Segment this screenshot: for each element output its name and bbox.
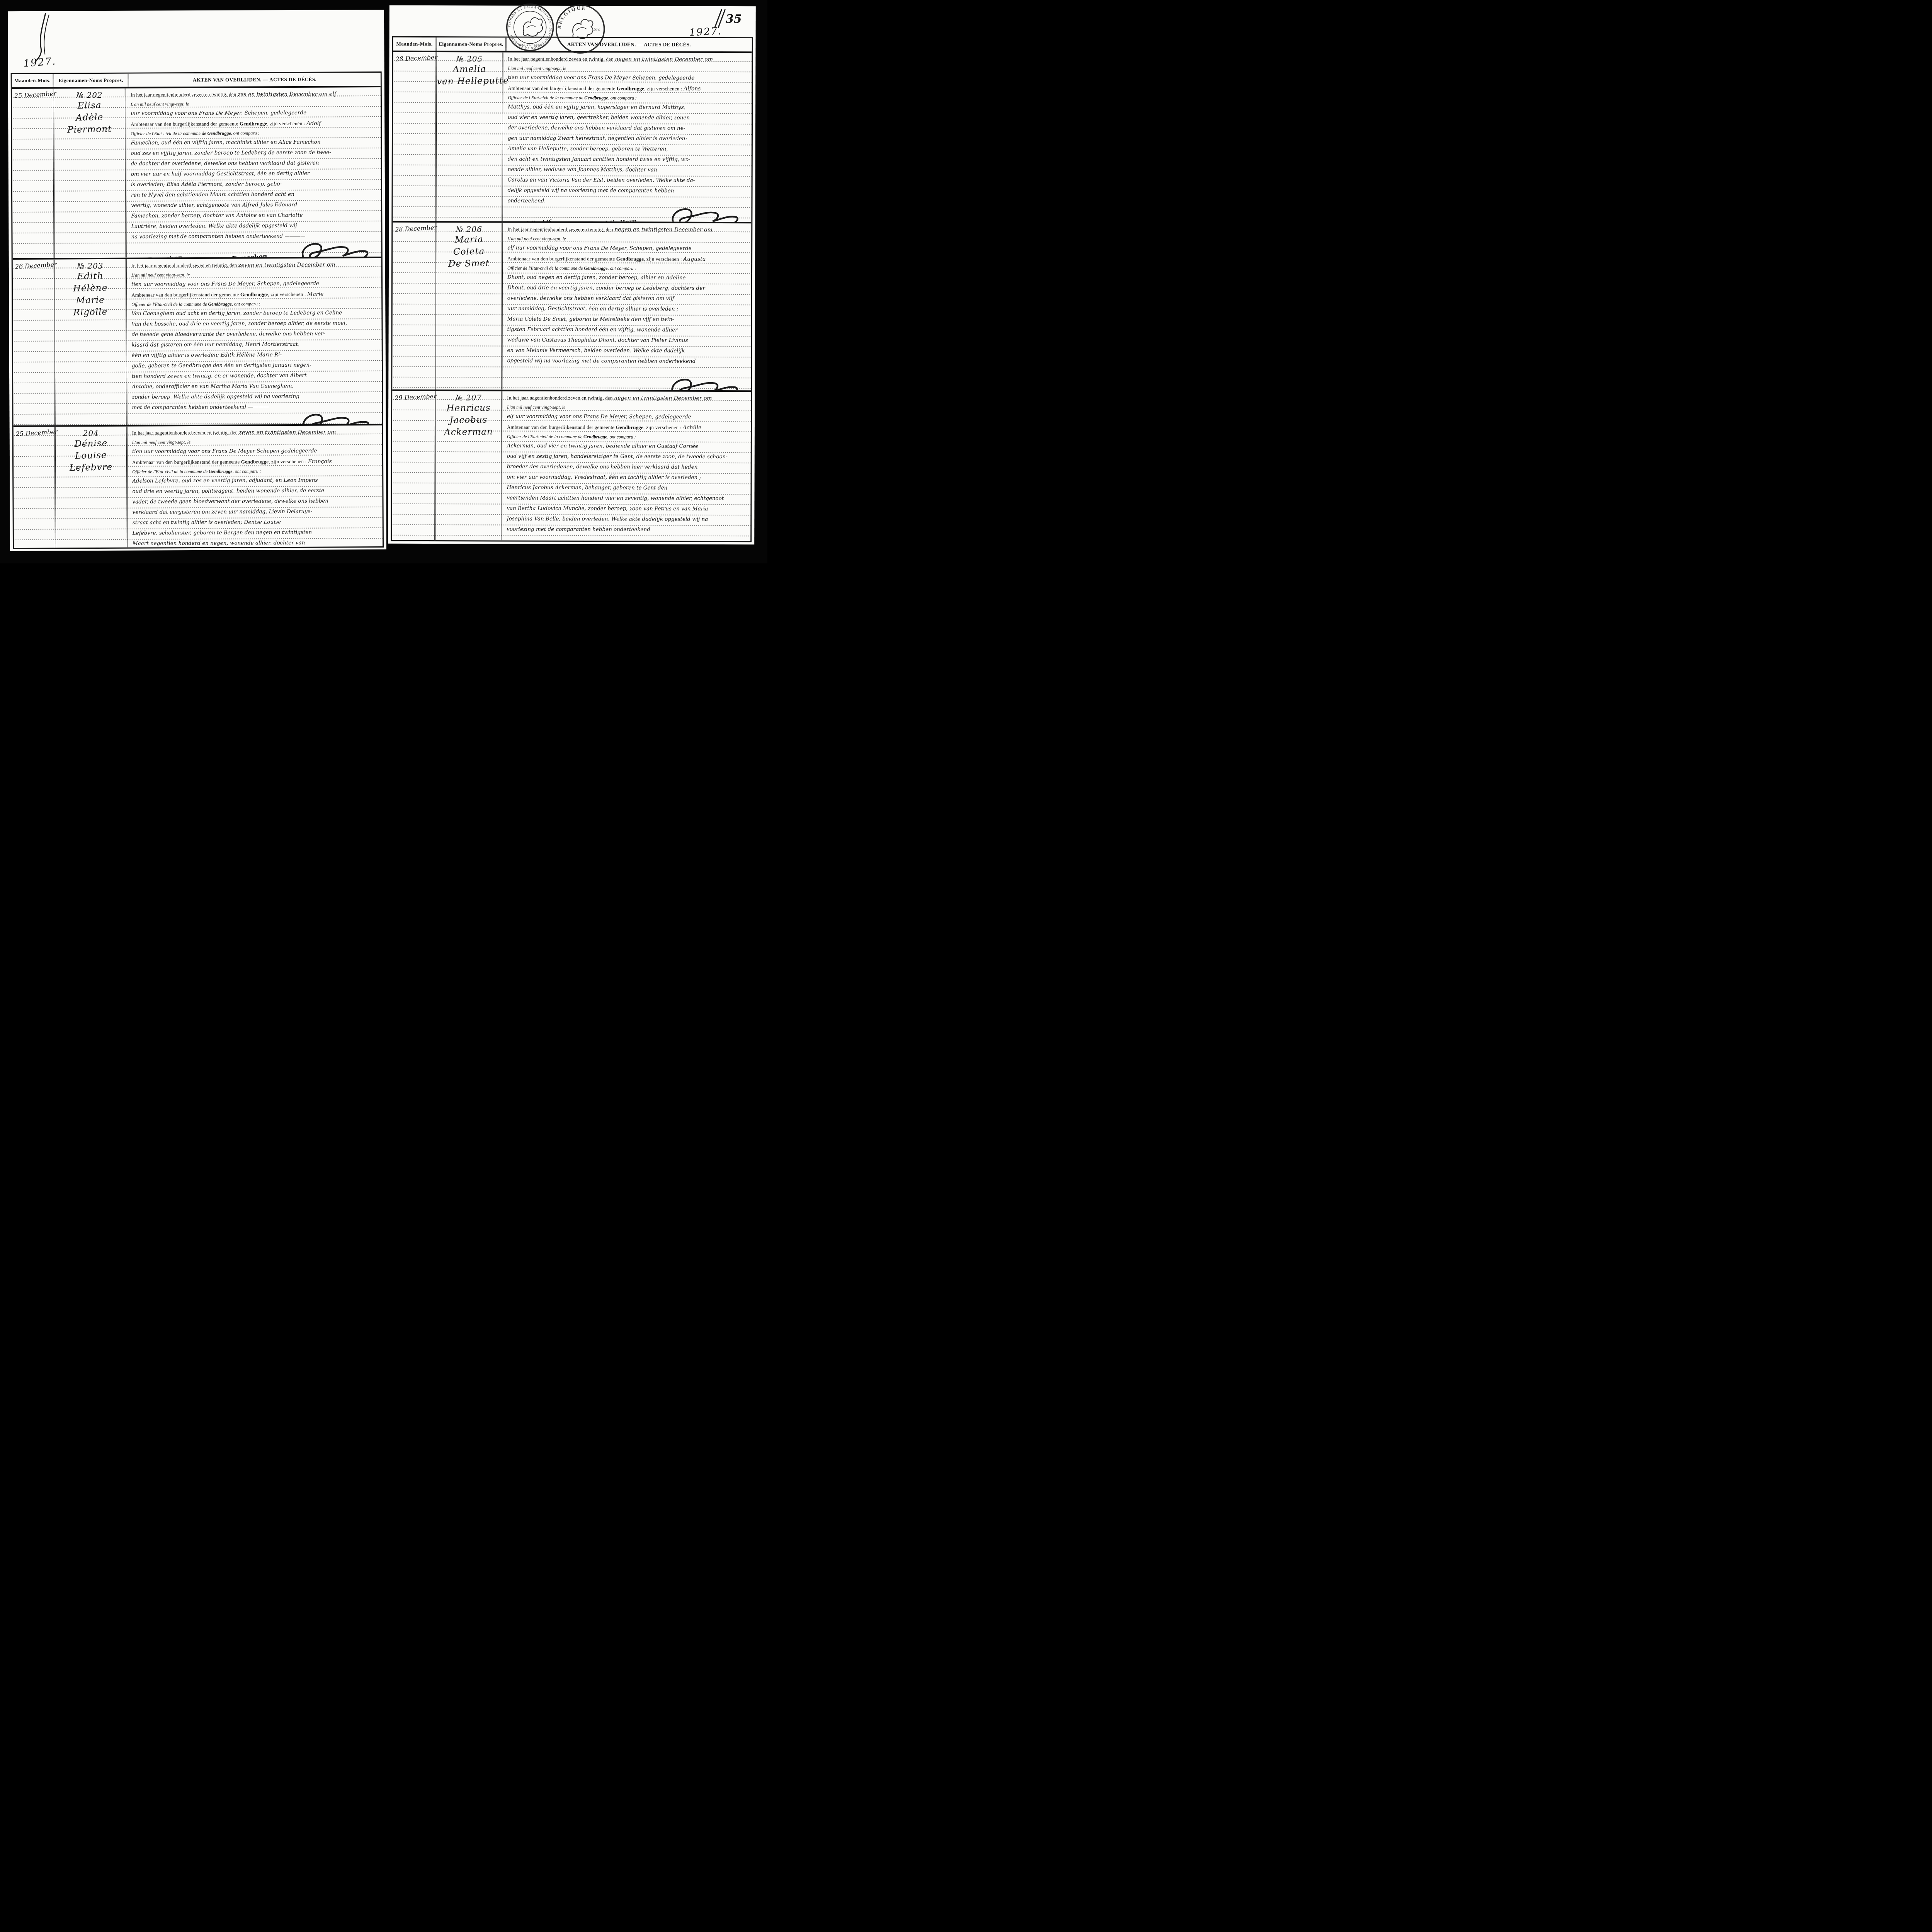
act-body-line: broeder des overledenen, dewelke ons heb… [507, 462, 748, 473]
act-body-line: Carolus en van Victoria Van der Elst, be… [508, 175, 748, 186]
hand-intro-date: zeven en twintigsten December om [239, 429, 336, 435]
act-body-line: oud zes en vijftig jaren, zonder beroep … [131, 147, 378, 159]
act-body-line: de tweede gene bloedverwante der overled… [132, 328, 379, 340]
act-body-line [507, 535, 747, 541]
act-body-line: oud vier en veertig jaren, geertrekker, … [508, 112, 748, 124]
act-body-line: Adelson Lefebvre, oud zes en veertig jar… [132, 475, 379, 486]
act-body-line: tien honderd zeven en twintig, en er won… [132, 370, 379, 382]
hand-line: tien uur voormiddag voor ons Frans De Me… [132, 446, 379, 457]
act-body-line: golle, geboren te Gendbrugge den één en … [132, 360, 379, 371]
act-body-line: Famechon, zonder beroep, dochter van Ant… [131, 210, 378, 221]
month-cell: 29 December [392, 391, 436, 540]
column-header-names: Eigennamen-Noms Propres. [437, 37, 507, 51]
act-body-line: klaard dat gisteren om één uur namiddag,… [132, 339, 379, 350]
deceased-name-line: van Helleputte [437, 75, 502, 88]
deceased-name-line: Elisa [54, 99, 125, 112]
deceased-name-line: Edith [55, 270, 126, 283]
act-body-line: tigsten Februari achttien honderd één en… [507, 325, 748, 336]
deceased-name-line: Dénise [56, 437, 127, 451]
act-body-line: Lautrière, beiden overleden. Welke akte … [131, 220, 378, 232]
official-signature [296, 411, 375, 425]
entry-date: 29 December [395, 392, 434, 401]
hand-line: tien uur voormiddag voor ons Frans De Me… [131, 278, 378, 290]
entry-number: № 206 [436, 224, 502, 234]
act-body-line: Josephina Van Belle, beiden overleden. W… [507, 514, 747, 525]
hand-intro-date: negen en twintigsten December om [614, 395, 712, 401]
act-body-line: om vier uur en half voormiddag Gestichts… [131, 168, 378, 180]
act-body-line: Famechon, oud één en vijftig jaren, mach… [131, 137, 378, 148]
act-body-line: nende alhier, weduwe van Joannes Matthys… [508, 165, 748, 176]
entry-number: № 207 [436, 393, 501, 402]
act-body-line: en van Melanie Vermeersch, beiden overle… [507, 345, 748, 357]
deceased-name-line: Rigolle [55, 306, 126, 319]
entry-number: № 202 [54, 90, 125, 100]
official-signature [295, 240, 374, 258]
register-table: Maanden-Mois. Eigennamen-Noms Propres. A… [391, 36, 753, 542]
act-body-line: zonder beroep. Welke akte dadelijk opges… [132, 391, 379, 403]
deceased-name-line: Amelia [437, 63, 502, 76]
names-cell: № 205 Amelia van Helleputte [436, 52, 503, 221]
entry-date: 28 December [395, 224, 435, 233]
act-cell: In het jaar negentienhonderd zeven en tw… [127, 258, 382, 425]
commune-name: Gendbrugge [240, 121, 267, 126]
register-entry-203: 26 December № 203 Edith Hélène Marie Rig… [13, 257, 382, 425]
register-entry-202: 25 December № 202 Elisa Adèle Piermont I… [12, 87, 381, 258]
hand-comparant: Marie [307, 291, 323, 298]
act-body-line: overledene, dewelke ons hebben verklaard… [507, 293, 748, 304]
entry-number: № 203 [55, 261, 126, 271]
act-body-line: voorlezing met de comparanten hebben ond… [507, 524, 747, 536]
table-header-row: Maanden-Mois. Eigennamen-Noms Propres. A… [393, 37, 752, 53]
hand-comparant: Achille [683, 425, 702, 431]
act-body-line: veertig, wonende alhier, echtgenoote van… [131, 199, 378, 211]
act-body-line: de dochter der overledene, dewelke ons h… [131, 158, 378, 169]
stamp-value-text: 50 c [594, 27, 600, 32]
printed-official-nl: Ambtenaar van den burgerlijkenstand der … [131, 121, 240, 127]
column-header-acts: AKTEN VAN OVERLIJDEN. — ACTES DE DÉCÈS. [129, 73, 381, 87]
deceased-name-line: Maria [436, 233, 502, 247]
signature-block: Ad. Famechon Alice Famechon [131, 243, 378, 258]
signature-block: Matthijs Alf. Matthijs Bern. [507, 208, 748, 222]
month-cell: 25 December [14, 427, 56, 548]
official-signature [665, 206, 744, 222]
deceased-name-line: Hélène [55, 282, 126, 295]
entry-number: 204 [56, 429, 126, 438]
register-entry-206: 28 December № 206 Maria Coleta De Smet I… [392, 221, 751, 390]
hand-intro-date: zes en twintigsten December om elf [238, 91, 336, 97]
act-body-line: ren te Nyvel den achttienden Maart achtt… [131, 189, 378, 201]
deceased-name-line: Piermont [54, 123, 125, 136]
column-header-months: Maanden-Mois. [12, 74, 54, 87]
deceased-name-line: Louise [56, 449, 127, 463]
hand-comparant: François [308, 458, 332, 464]
pen-flourish-icon [28, 12, 55, 62]
deceased-name-line: Adèle [54, 111, 125, 124]
register-entry-204: 25 December 204 Dénise Louise Lefebvre I… [14, 424, 383, 548]
deceased-name-line: Lefebvre [56, 461, 127, 474]
hand-intro-date: zeven en twintigsten December om [238, 262, 335, 268]
entry-date: 25 December [15, 428, 54, 438]
hand-comparant: Alfons [684, 86, 701, 92]
act-body-line: Antoine, onderofficier en van Martha Mar… [132, 381, 379, 392]
act-body-line: één en vijftig alhier is overleden; Edit… [132, 349, 379, 361]
signature-block: Augusta Dhont Adeline D'Hont [507, 378, 748, 391]
scanned-register-spread: 1927. Maanden-Mois. Eigennamen-Noms Prop… [0, 0, 767, 563]
act-cell: In het jaar negentienhonderd zeven en tw… [128, 425, 383, 548]
register-entry-205: 28 December № 205 Amelia van Helleputte … [393, 52, 752, 222]
act-body-line: Henricus Jacobus Ackerman, behanger, geb… [507, 483, 748, 494]
official-signature [665, 376, 744, 391]
act-cell: In het jaar negentienhonderd zeven en tw… [503, 53, 752, 222]
deceased-name-line: Henricus [436, 402, 501, 415]
table-header-row: Maanden-Mois. Eigennamen-Noms Propres. A… [12, 73, 381, 89]
act-body-line: den acht en twintigsten Januari achttien… [508, 154, 748, 165]
page-number: 35 [726, 12, 742, 26]
act-body-line: Dhont, oud negen en dertig jaren, zonder… [507, 272, 748, 284]
act-body-line: Maria Coleta De Smet, geboren te Meirelb… [507, 314, 748, 325]
hand-line: tien uur voormiddag voor ons Frans De Me… [508, 73, 748, 84]
register-table: Maanden-Mois. Eigennamen-Noms Propres. A… [11, 71, 384, 549]
names-cell: № 203 Edith Hélène Marie Rigolle [55, 259, 128, 425]
act-body-line: oud vijf en zestig jaren, handelsreizige… [507, 451, 748, 463]
deceased-name-line: Jacobus [436, 414, 501, 427]
svg-text:BELGIQUE: BELGIQUE [556, 5, 587, 29]
month-cell: 25 December [12, 89, 55, 258]
deceased-name-line: Marie [55, 294, 126, 307]
month-cell: 28 December [392, 223, 436, 389]
act-body-line: delijk opgesteld wij na voorlezing met d… [508, 185, 748, 197]
hand-comparant: Augusta [683, 256, 706, 262]
act-body-line: verklaard dat eergisteren om zeven uur n… [133, 506, 379, 518]
act-body-line: straat acht en twintig alhier is overled… [133, 517, 379, 528]
act-body-line: Lefebvre, scholierster, geboren te Berge… [133, 527, 379, 539]
act-body-line: Van Caeneghem oud acht en dertig jaren, … [131, 308, 378, 319]
stamp-country-text: BELGIQUE [556, 5, 587, 29]
act-body-line: weduwe van Gustavus Theophilus Dhont, do… [507, 335, 748, 346]
year-label: 1927. [23, 56, 56, 70]
deceased-name-line: Coleta [436, 245, 502, 259]
printed-intro-nl: In het jaar negentienhonderd zeven en tw… [131, 92, 238, 98]
names-cell: № 206 Maria Coleta De Smet [436, 223, 503, 389]
hand-line: uur voormiddag voor ons Frans De Meyer, … [131, 107, 378, 119]
hand-comparant: Adolf [306, 121, 321, 127]
act-body-line: oud drie en veertig jaren, politieagent,… [132, 485, 379, 497]
names-cell: № 207 Henricus Jacobus Ackerman [435, 391, 502, 540]
act-body-line: Maart negentien honderd en negen, wonend… [133, 537, 379, 548]
register-entry-207: 29 December № 207 Henricus Jacobus Acker… [392, 389, 751, 541]
hand-intro-date: negen en twintigsten December om [615, 56, 713, 63]
act-body-line: vader, de tweede geen bloedverwant der o… [132, 496, 379, 507]
entry-date: 25 December [14, 90, 52, 100]
act-body-line: uur namiddag, Gestichtstraat, één en der… [507, 304, 748, 315]
hand-line: elf uur voormiddag voor ons Frans De Mey… [507, 412, 748, 423]
column-header-acts: AKTEN VAN OVERLIJDEN. — ACTES DE DÉCÈS. [507, 38, 752, 52]
deceased-name-line: Ackerman [436, 426, 501, 439]
act-body-line: Ackerman, oud vier en twintig jaren, bed… [507, 441, 748, 452]
act-body-line [507, 366, 748, 378]
column-header-names: Eigennamen-Noms Propres. [54, 74, 129, 87]
column-header-months: Maanden-Mois. [393, 37, 437, 51]
left-page: 1927. Maanden-Mois. Eigennamen-Noms Prop… [8, 10, 386, 551]
act-body-line: Dhont, oud drie en veertig jaren, zonder… [507, 283, 748, 294]
act-body-line: onderteekend. [507, 196, 748, 207]
right-page: 35 1927. TIMBRER A L'EXTRAORDINAIRE · BU… [388, 5, 756, 544]
names-cell: 204 Dénise Louise Lefebvre [56, 427, 128, 548]
act-cell: In het jaar negentienhonderd zeven en tw… [502, 223, 751, 391]
act-body-line: Van den bossche, oud drie en veertig jar… [131, 318, 378, 330]
act-cell: In het jaar negentienhonderd zeven en tw… [502, 391, 751, 541]
printed-intro-fr: L'an mil neuf cent vingt-sept, le [131, 101, 189, 107]
printed-official-fr: Officier de l'Etat-civil de la commune d… [131, 131, 207, 136]
act-body-line: der overledene, dewelke ons hebben verkl… [508, 123, 748, 134]
act-cell: In het jaar negentienhonderd zeven en tw… [126, 87, 381, 258]
act-body-line: om vier uur voormiddag, Vredestraat, één… [507, 472, 748, 483]
hand-line: elf uur voormiddag voor ons Frans De Mey… [507, 243, 748, 254]
month-cell: 26 December [13, 260, 56, 425]
act-body-line: Matthys, oud één en vijftig jaren, koper… [508, 102, 748, 113]
act-body-line: Amelia van Helleputte, zonder beroep, ge… [508, 144, 748, 155]
entry-number: № 205 [437, 54, 502, 63]
hand-intro-date: negen en twintigsten December om [614, 226, 713, 233]
act-body-line: van Bertha Ludovica Munche, zonder beroe… [507, 503, 747, 515]
entry-date: 28 December [395, 53, 435, 63]
month-cell: 28 December [393, 52, 437, 221]
deceased-name-line: De Smet [436, 257, 502, 270]
act-body-line: is overleden; Elisa Adèla Piermont, zond… [131, 179, 378, 190]
act-body-line: veertienden Maart achttien honderd vier … [507, 493, 747, 504]
entry-date: 26 December [15, 261, 53, 270]
act-body-line: gen uur namiddag Zwart heirestraat, nege… [508, 133, 748, 145]
act-body-line: opgesteld wij na voorlezing met de compa… [507, 356, 748, 367]
names-cell: № 202 Elisa Adèle Piermont [54, 88, 127, 258]
